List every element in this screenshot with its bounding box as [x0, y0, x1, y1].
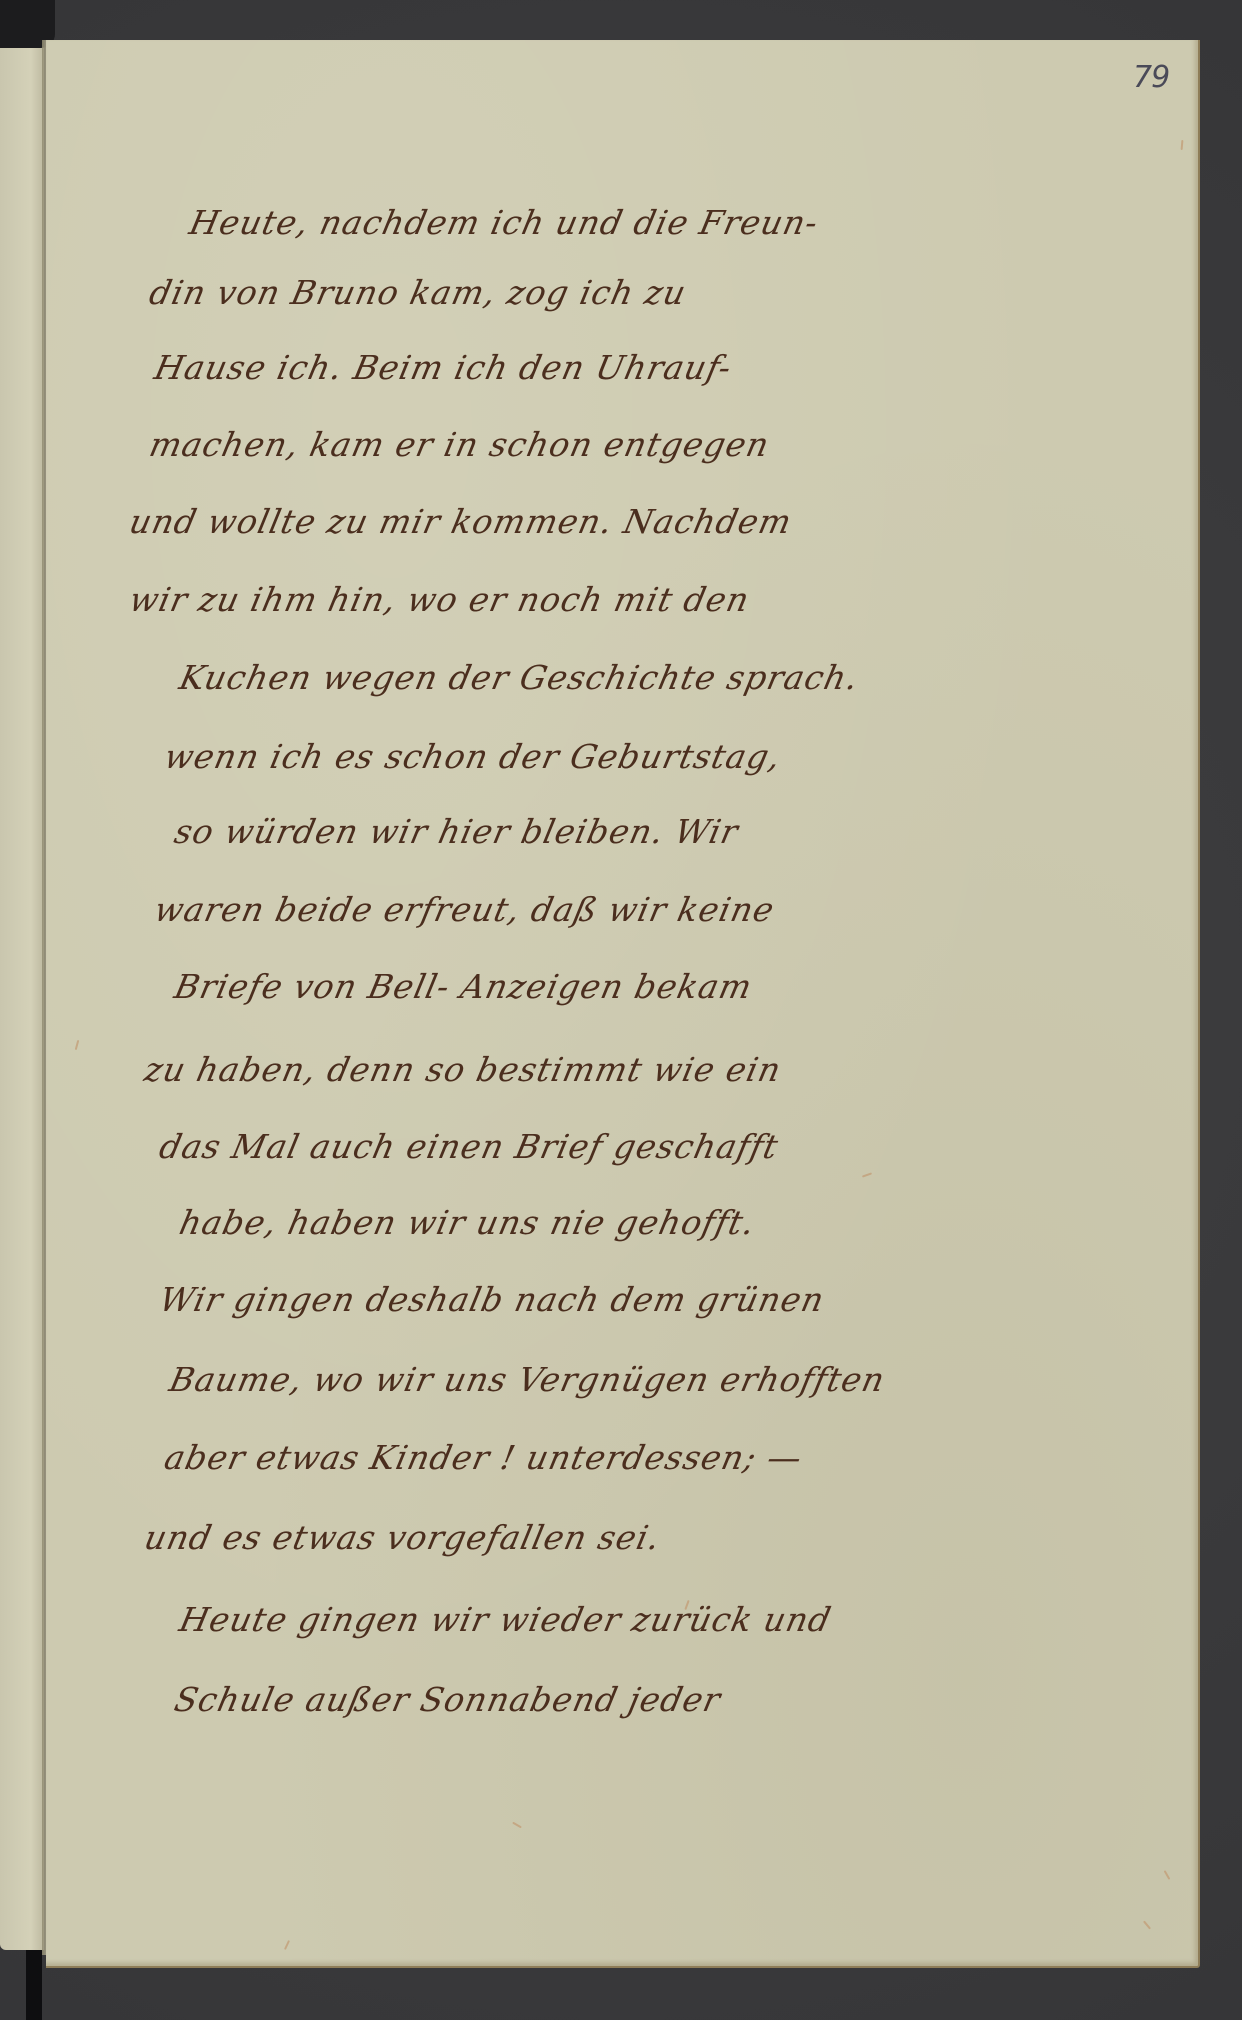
handwritten-line: waren beide erfreut, daß wir keine	[151, 890, 778, 929]
handwritten-line: wenn ich es schon der Geburtstag,	[161, 737, 785, 776]
handwritten-line: Briefe von Bell- Anzeigen bekam	[171, 967, 756, 1006]
binding-shadow-bottom	[26, 1950, 42, 2020]
handwritten-line: Baume, wo wir uns Vergnügen erhofften	[166, 1360, 889, 1399]
handwritten-line: Heute, nachdem ich und die Freun-	[186, 203, 822, 242]
handwritten-line: Schule außer Sonnabend jeder	[171, 1680, 725, 1719]
handwritten-line: Kuchen wegen der Geschichte sprach.	[176, 658, 862, 697]
handwritten-line: zu haben, denn so bestimmt wie ein	[141, 1050, 785, 1089]
handwritten-line: Wir gingen deshalb nach dem grünen	[156, 1280, 828, 1319]
handwritten-line: wir zu ihm hin, wo er noch mit den	[126, 580, 753, 619]
handwritten-text-block: Heute, nachdem ich und die Freun- din vo…	[46, 40, 1198, 1966]
handwritten-line: das Mal auch einen Brief geschafft	[156, 1127, 782, 1166]
handwritten-line: din von Bruno kam, zog ich zu	[146, 273, 690, 312]
handwritten-line: habe, haben wir uns nie gehofft.	[176, 1203, 759, 1242]
handwritten-line: Hause ich. Beim ich den Uhrauf-	[151, 348, 735, 387]
facing-page-edge	[0, 45, 44, 1950]
handwritten-line: aber etwas Kinder ! unterdessen; —	[161, 1438, 806, 1477]
handwritten-line: und es etwas vorgefallen sei.	[141, 1518, 664, 1557]
handwritten-line: und wollte zu mir kommen. Nachdem	[126, 502, 796, 541]
handwritten-line: machen, kam er in schon entgegen	[146, 425, 773, 464]
handwritten-line: so würden wir hier bleiben. Wir	[171, 812, 742, 851]
manuscript-page: 79 Heute, nachdem ich und die Freun- din…	[46, 40, 1200, 1968]
binding-gutter	[42, 40, 46, 1955]
handwritten-line: Heute gingen wir wieder zurück und	[176, 1600, 835, 1639]
